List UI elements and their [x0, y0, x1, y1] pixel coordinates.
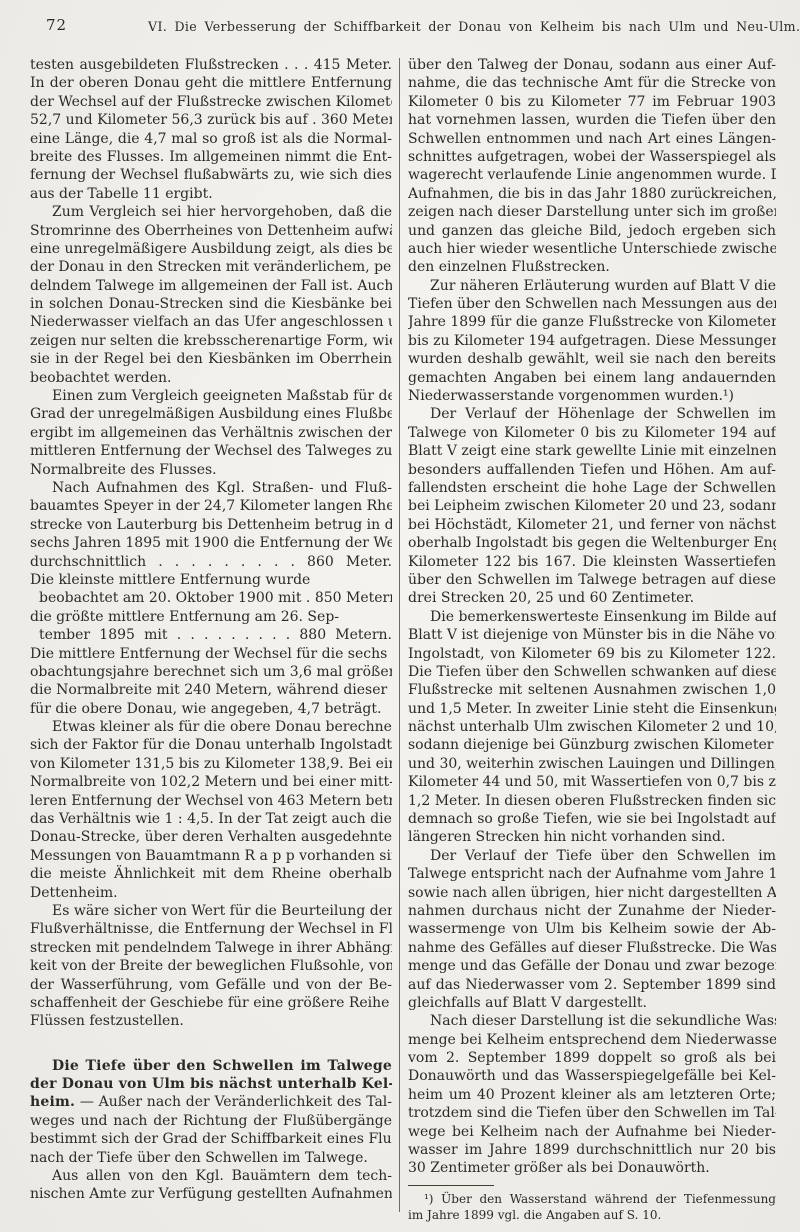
text-line: Der Verlauf der Höhenlage der Schwellen …: [408, 405, 776, 423]
text-line: tember 1895 mit . . . . . . . . . 880 Me…: [30, 626, 392, 644]
text-line: Donauwörth und das Wasserspiegelgefälle …: [408, 1067, 776, 1085]
text-line: 1,2 Meter. In diesen oberen Flußstrecken…: [408, 792, 776, 810]
text-line: und 30, weiterhin zwischen Lauingen und …: [408, 755, 776, 773]
text-line: schaffenheit der Geschiebe für eine größ…: [30, 994, 392, 1012]
text-line: strecken mit pendelndem Talwege in ihrer…: [30, 939, 392, 957]
text-line: bauamtes Speyer in der 24,7 Kilometer la…: [30, 497, 392, 515]
text-line: bis zu Kilometer 194 aufgetragen. Diese …: [408, 332, 776, 350]
text-line: die größte mittlere Entfernung am 26. Se…: [30, 608, 392, 626]
text-line: wassermenge von Ulm bis Kelheim sowie de…: [408, 920, 776, 938]
text-line: Nach dieser Darstellung ist die sekundli…: [408, 1012, 776, 1030]
text-line: 30 Zentimeter größer als bei Donauwörth.: [408, 1159, 776, 1177]
text-line: Etwas kleiner als für die obere Donau be…: [30, 718, 392, 736]
text-line: testen ausgebildeten Flußstrecken . . . …: [30, 56, 392, 74]
text-line: auch hier wieder wesentliche Unterschied…: [408, 240, 776, 258]
text-line: breite des Flusses. Im allgemeinen nimmt…: [30, 148, 392, 166]
text-line: das Verhältnis wie 1 : 4,5. In der Tat z…: [30, 810, 392, 828]
text-line: gleichfalls auf Blatt V dargestellt.: [408, 994, 776, 1012]
text-line: der Wasserführung, vom Gefälle und von d…: [30, 976, 392, 994]
text-line: delndem Talwege im allgemeinen der Fall …: [30, 277, 392, 295]
text-line: Aus allen von den Kgl. Bauämtern dem tec…: [30, 1167, 392, 1185]
text-line: Tiefen über den Schwellen nach Messungen…: [408, 295, 776, 313]
text-line: Niederwasser vielfach an das Ufer angesc…: [30, 313, 392, 331]
text-line: nischen Amte zur Verfügung gestellten Au…: [30, 1185, 392, 1203]
paragraph: Der Verlauf der Tiefe über den Schwellen…: [408, 847, 776, 1013]
text-line: nahme des Gefälles auf dieser Flußstreck…: [408, 939, 776, 957]
text-line: Flußstrecke mit seltenen Ausnahmen zwisc…: [408, 681, 776, 699]
text-line: und 1,5 Meter. In zweiter Linie steht di…: [408, 700, 776, 718]
paragraph: Zum Vergleich sei hier hervorgehoben, da…: [30, 203, 392, 387]
text-line: Schwellen entnommen und nach Art eines L…: [408, 130, 776, 148]
text-line: ¹) Über den Wasserstand während der Tief…: [408, 1191, 776, 1207]
text-line: Dettenheim.: [30, 884, 392, 902]
text-line: Niederwasserstande vorgenommen wurden.¹): [408, 387, 776, 405]
text-line: Grad der unregelmäßigen Ausbildung eines…: [30, 405, 392, 423]
paragraph: Nach dieser Darstellung ist die sekundli…: [408, 1012, 776, 1178]
text-line: nahmen durchaus nicht der Zunahme der Ni…: [408, 902, 776, 920]
running-header-title: VI. Die Verbesserung der Schiffbarkeit d…: [148, 19, 800, 34]
text-line: aus der Tabelle 11 ergibt.: [30, 185, 392, 203]
text-line: Normalbreite des Flusses.: [30, 461, 392, 479]
text-line: sie in der Regel bei den Kiesbänken im O…: [30, 350, 392, 368]
text-line: In der oberen Donau geht die mittlere En…: [30, 74, 392, 92]
footnote-rule: [408, 1185, 494, 1186]
text-line: demnach so große Tiefen, wie sie bei Ing…: [408, 810, 776, 828]
text-line: Stromrinne des Oberrheines von Dettenhei…: [30, 222, 392, 240]
text-line: wege bei Kelheim nach der Aufnahme bei N…: [408, 1123, 776, 1141]
text-line: auf das Niederwasser vom 2. September 18…: [408, 976, 776, 994]
text-line: Ingolstadt, von Kilometer 69 bis zu Kilo…: [408, 645, 776, 663]
text-line: Flußverhältnisse, die Entfernung der Wec…: [30, 920, 392, 938]
text-line: Zur näheren Erläuterung wurden auf Blatt…: [408, 277, 776, 295]
text-line: im Jahre 1899 vgl. die Angaben auf S. 10…: [408, 1207, 776, 1223]
text-line: mittleren Entfernung der Wechsel des Tal…: [30, 442, 392, 460]
text-line: fallendsten erscheint die hohe Lage der …: [408, 479, 776, 497]
text-line: bestimmt sich der Grad der Schiffbarkeit…: [30, 1130, 392, 1148]
text-line: Es wäre sicher von Wert für die Beurteil…: [30, 902, 392, 920]
text-line: den einzelnen Flußstrecken.: [408, 258, 776, 276]
paragraph: Aus allen von den Kgl. Bauämtern dem tec…: [30, 1167, 392, 1204]
text-line: von Kilometer 131,5 bis zu Kilometer 138…: [30, 755, 392, 773]
text-line: Nach Aufnahmen des Kgl. Straßen- und Flu…: [30, 479, 392, 497]
footnote: ¹) Über den Wasserstand während der Tief…: [408, 1185, 776, 1223]
text-line: weges und nach der Richtung der Flußüber…: [30, 1112, 392, 1130]
text-line: sodann diejenige bei Günzburg zwischen K…: [408, 736, 776, 754]
text-line: Talwege von Kilometer 0 bis zu Kilometer…: [408, 424, 776, 442]
paragraph: Der Verlauf der Höhenlage der Schwellen …: [408, 405, 776, 607]
text-line: 52,7 und Kilometer 56,3 zurück bis auf .…: [30, 111, 392, 129]
left-column: testen ausgebildeten Flußstrecken . . . …: [30, 56, 392, 1204]
paragraph: Etwas kleiner als für die obere Donau be…: [30, 718, 392, 902]
text-line: Die mittlere Entfernung der Wechsel für …: [30, 645, 392, 663]
paragraph: Die Tiefe über den Schwellen im Talweged…: [30, 1057, 392, 1167]
text-line: Die kleinste mittlere Entfernung wurde: [30, 571, 392, 589]
text-line: der Donau von Ulm bis nächst unterhalb K…: [30, 1075, 392, 1093]
text-line: Kilometer 0 bis zu Kilometer 77 im Febru…: [408, 93, 776, 111]
text-line: gemachten Angaben bei einem lang andauer…: [408, 369, 776, 387]
text-line: zeigen nach dieser Darstellung unter sic…: [408, 203, 776, 221]
text-line: oberhalb Ingolstadt bis gegen die Welten…: [408, 534, 776, 552]
text-line: hat vornehmen lassen, wurden die Tiefen …: [408, 111, 776, 129]
paragraph: über den Talweg der Donau, sodann aus ei…: [408, 56, 776, 277]
text-line: Der Verlauf der Tiefe über den Schwellen…: [408, 847, 776, 865]
text-line: vom 2. September 1899 doppelt so groß al…: [408, 1049, 776, 1067]
text-line: Talwege entspricht nach der Aufnahme vom…: [408, 865, 776, 883]
text-line: nach der Tiefe über den Schwellen im Tal…: [30, 1149, 392, 1167]
text-line: trotzdem sind die Tiefen über den Schwel…: [408, 1104, 776, 1122]
text-line: bei Höchstädt, Kilometer 21, und ferner …: [408, 516, 776, 534]
text-line: Kilometer 122 bis 167. Die kleinsten Was…: [408, 553, 776, 571]
text-line: Die Tiefen über den Schwellen schwanken …: [408, 663, 776, 681]
text-line: in solchen Donau-Strecken sind die Kiesb…: [30, 295, 392, 313]
text-line: Zum Vergleich sei hier hervorgehoben, da…: [30, 203, 392, 221]
text-line: Blatt V ist diejenige von Münster bis in…: [408, 626, 776, 644]
text-line: über den Schwellen im Talwege betragen a…: [408, 571, 776, 589]
text-line: der Wechsel auf der Flußstrecke zwischen…: [30, 93, 392, 111]
right-column: über den Talweg der Donau, sodann aus ei…: [408, 56, 776, 1223]
text-line: die Normalbreite mit 240 Metern, während…: [30, 681, 392, 699]
paragraph: Einen zum Vergleich geeigneten Maßstab f…: [30, 387, 392, 479]
text-line: der Donau in den Strecken mit veränderli…: [30, 258, 392, 276]
paragraph: Die bemerkenswerteste Einsenkung im Bild…: [408, 608, 776, 847]
text-line: Die bemerkenswerteste Einsenkung im Bild…: [408, 608, 776, 626]
text-line: wurden deshalb gewählt, weil sie nach de…: [408, 350, 776, 368]
text-line: sechs Jahren 1895 mit 1900 die Entfernun…: [30, 534, 392, 552]
text-line: eine Länge, die 4,7 mal so groß ist als …: [30, 130, 392, 148]
text-line: heim. — Außer nach der Veränderlichkeit …: [30, 1093, 392, 1111]
text-line: Normalbreite von 102,2 Metern und bei ei…: [30, 773, 392, 791]
text-line: fernung der Wechsel flußabwärts zu, wie …: [30, 166, 392, 184]
text-line: sowie nach allen übrigen, hier nicht dar…: [408, 884, 776, 902]
text-line: leren Entfernung der Wechsel von 463 Met…: [30, 792, 392, 810]
text-line: Jahre 1899 für die ganze Flußstrecke von…: [408, 313, 776, 331]
text-line: wasser im Jahre 1899 durchschnittlich nu…: [408, 1141, 776, 1159]
text-line: längeren Strecken hin nicht vorhanden si…: [408, 828, 776, 846]
text-line: zeigen nur selten die krebsscherenartige…: [30, 332, 392, 350]
book-page: 72 VI. Die Verbesserung der Schiffbarkei…: [0, 0, 800, 1232]
column-divider-rule: [399, 58, 400, 1212]
text-line: obachtungsjahre berechnet sich um 3,6 ma…: [30, 663, 392, 681]
text-line: strecke von Lauterburg bis Dettenheim be…: [30, 516, 392, 534]
paragraph: testen ausgebildeten Flußstrecken . . . …: [30, 56, 392, 203]
text-line: heim um 40 Prozent kleiner als am letzte…: [408, 1086, 776, 1104]
text-line: über den Talweg der Donau, sodann aus ei…: [408, 56, 776, 74]
text-line: menge und das Gefälle der Donau und zwar…: [408, 957, 776, 975]
paragraph: Nach Aufnahmen des Kgl. Straßen- und Flu…: [30, 479, 392, 718]
paragraph: Zur näheren Erläuterung wurden auf Blatt…: [408, 277, 776, 406]
text-line: Aufnahmen, die bis in das Jahr 1880 zurü…: [408, 185, 776, 203]
text-line: Die Tiefe über den Schwellen im Talwege: [30, 1057, 392, 1075]
text-line: Einen zum Vergleich geeigneten Maßstab f…: [30, 387, 392, 405]
text-line: drei Strecken 20, 25 und 60 Zentimeter.: [408, 589, 776, 607]
text-line: für die obere Donau, wie angegeben, 4,7 …: [30, 700, 392, 718]
page-number: 72: [46, 16, 67, 34]
text-line: beobachtet am 20. Oktober 1900 mit . 850…: [30, 589, 392, 607]
text-line: eine unregelmäßigere Ausbildung zeigt, a…: [30, 240, 392, 258]
text-line: wagerecht verlaufende Linie angenommen w…: [408, 166, 776, 184]
text-line: beobachtet werden.: [30, 369, 392, 387]
text-line: schnittes aufgetragen, wobei der Wassers…: [408, 148, 776, 166]
text-line: Messungen von Bauamtmann R a p p vorhand…: [30, 847, 392, 865]
page-header: 72 VI. Die Verbesserung der Schiffbarkei…: [0, 14, 800, 40]
text-line: und ganzen das gleiche Bild, jedoch erge…: [408, 222, 776, 240]
text-line: nahme, die das technische Amt für die St…: [408, 74, 776, 92]
text-line: Blatt V zeigt eine stark gewellte Linie …: [408, 442, 776, 460]
text-line: besonders auffallenden Tiefen und Höhen.…: [408, 461, 776, 479]
text-line: Donau-Strecke, über deren Verhalten ausg…: [30, 828, 392, 846]
text-line: menge bei Kelheim entsprechend dem Niede…: [408, 1031, 776, 1049]
text-line: Flüssen festzustellen.: [30, 1012, 392, 1030]
text-line: die meiste Ähnlichkeit mit dem Rheine ob…: [30, 865, 392, 883]
text-line: nächst unterhalb Ulm zwischen Kilometer …: [408, 718, 776, 736]
paragraph: Es wäre sicher von Wert für die Beurteil…: [30, 902, 392, 1031]
text-line: sich der Faktor für die Donau unterhalb …: [30, 736, 392, 754]
text-line: durchschnittlich . . . . . . . . . 860 M…: [30, 553, 392, 571]
text-line: keit von der Breite der beweglichen Fluß…: [30, 957, 392, 975]
text-line: Kilometer 44 und 50, mit Wassertiefen vo…: [408, 773, 776, 791]
text-line: bei Leipheim zwischen Kilometer 20 und 2…: [408, 497, 776, 515]
text-line: ergibt im allgemeinen das Verhältnis zwi…: [30, 424, 392, 442]
